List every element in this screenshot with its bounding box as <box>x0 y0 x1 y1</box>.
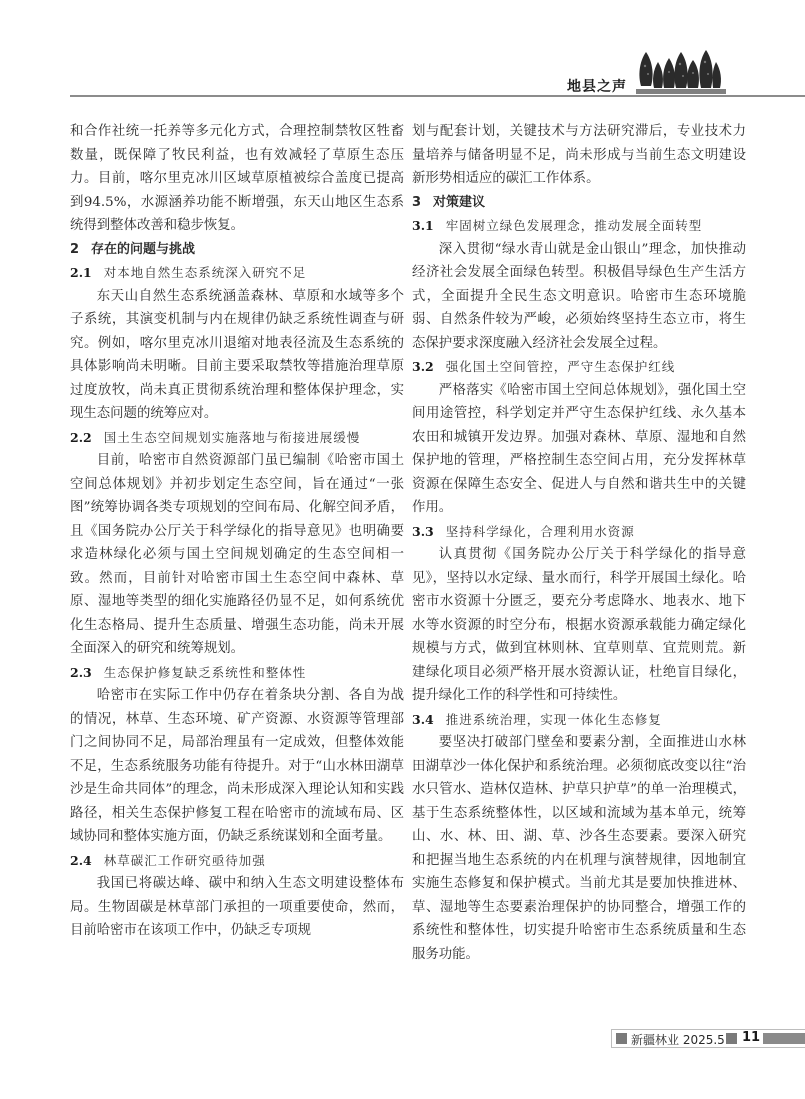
paragraph: 严格落实《哈密市国土空间总体规划》，强化国土空间用途管控，科学划定并严守生态保护… <box>412 379 746 520</box>
footer-square-icon <box>726 1033 737 1044</box>
paragraph: 我国已将碳达峰、碳中和纳入生态文明建设整体布局。生物固碳是林草部门承担的一项重要… <box>70 872 404 943</box>
header-base-bar <box>636 89 726 94</box>
footer-square-icon <box>616 1033 627 1044</box>
paragraph: 要坚决打破部门壁垒和要素分割，全面推进山水林田湖草沙一体化保护和系统治理。必须彻… <box>412 731 746 966</box>
paragraph: 和合作社统一托养等多元化方式，合理控制禁牧区牲畜数量，既保障了牧民利益，也有效减… <box>70 120 404 238</box>
page-footer: 新疆林业 2025.5 11 <box>611 1029 805 1048</box>
left-column: 和合作社统一托养等多元化方式，合理控制禁牧区牲畜数量，既保障了牧民利益，也有效减… <box>70 120 404 943</box>
subsection-heading: 2.1对本地自然生态系统深入研究不足 <box>70 261 404 285</box>
paragraph: 哈密市在实际工作中仍存在着条块分割、各自为战的情况，林草、生态环境、矿产资源、水… <box>70 684 404 849</box>
section-heading: 3对策建议 <box>412 191 746 215</box>
paragraph: 目前，哈密市自然资源部门虽已编制《哈密市国土空间总体规划》并初步划定生态空间，旨… <box>70 449 404 661</box>
paragraph: 认真贯彻《国务院办公厅关于科学绿化的指导意见》，坚持以水定绿、量水而行，科学开展… <box>412 543 746 708</box>
footer-bar <box>763 1033 805 1044</box>
section-heading: 2存在的问题与挑战 <box>70 238 404 262</box>
subsection-heading: 2.2国土生态空间规划实施落地与衔接进展缓慢 <box>70 426 404 450</box>
running-header: 地县之声 <box>0 0 805 100</box>
tree-row-icon <box>636 48 726 93</box>
subsection-heading: 2.4林草碳汇工作研究亟待加强 <box>70 849 404 873</box>
subsection-heading: 3.1牢固树立绿色发展理念，推动发展全面转型 <box>412 214 746 238</box>
header-divider <box>70 95 805 97</box>
subsection-heading: 3.2强化国土空间管控，严守生态保护红线 <box>412 355 746 379</box>
paragraph: 深入贯彻“绿水青山就是金山银山”理念，加快推动经济社会发展全面绿色转型。积极倡导… <box>412 238 746 356</box>
right-column: 划与配套计划，关键技术与方法研究滞后，专业技术力量培养与储备明显不足，尚未形成与… <box>412 120 746 966</box>
subsection-heading: 3.3坚持科学绿化，合理利用水资源 <box>412 520 746 544</box>
page-number: 11 <box>742 1030 760 1045</box>
paragraph: 划与配套计划，关键技术与方法研究滞后，专业技术力量培养与储备明显不足，尚未形成与… <box>412 120 746 191</box>
paragraph: 东天山自然生态系统涵盖森林、草原和水域等多个子系统，其演变机制与内在规律仍缺乏系… <box>70 285 404 426</box>
subsection-heading: 2.3生态保护修复缺乏系统性和整体性 <box>70 661 404 685</box>
subsection-heading: 3.4推进系统治理，实现一体化生态修复 <box>412 708 746 732</box>
journal-issue: 新疆林业 2025.5 <box>631 1031 725 1048</box>
section-title: 地县之声 <box>567 76 627 96</box>
